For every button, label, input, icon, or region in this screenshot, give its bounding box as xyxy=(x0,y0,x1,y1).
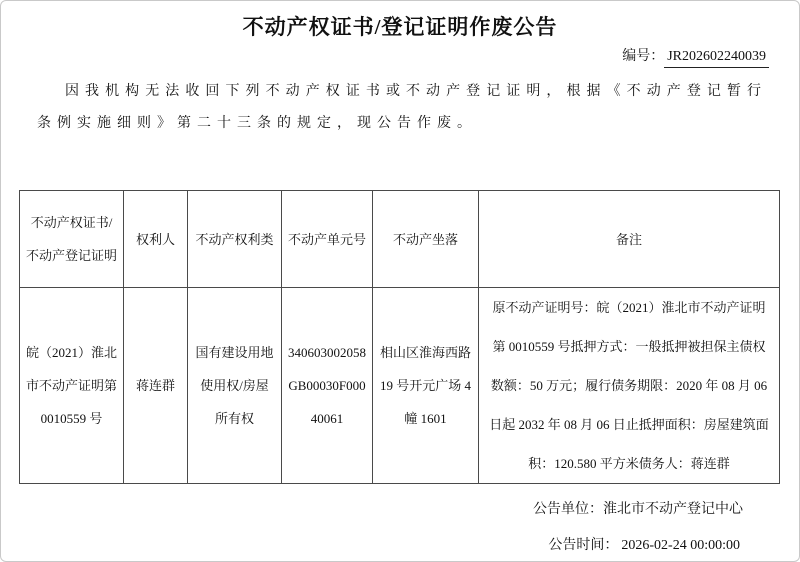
announce-unit-line: 公告单位：淮北市不动产登记中心 xyxy=(1,492,743,528)
header-unit-number: 不动产单元号 xyxy=(282,191,373,288)
cell-remarks: 原不动产证明号：皖（2021）淮北市不动产证明第 0010559 号抵押方式：一… xyxy=(479,288,780,484)
header-holder: 权利人 xyxy=(124,191,188,288)
notice-document: 不动产权证书/登记证明作废公告 编号：JR202602240039 因我机构无法… xyxy=(0,0,800,562)
table-header-row: 不动产权证书/不动产登记证明 权利人 不动产权利类 不动产单元号 不动产坐落 备… xyxy=(20,191,780,288)
cell-location: 相山区淮海西路 19 号开元广场 4 幢 1601 xyxy=(373,288,479,484)
cell-holder: 蒋连群 xyxy=(124,288,188,484)
table-row: 皖（2021）淮北市不动产证明第 0010559 号 蒋连群 国有建设用地使用权… xyxy=(20,288,780,484)
cell-certificate: 皖（2021）淮北市不动产证明第 0010559 号 xyxy=(20,288,124,484)
announce-time-label: 公告时间： xyxy=(548,538,618,553)
announce-time-line: 公告时间：2026-02-24 00:00:00 xyxy=(1,528,743,562)
header-location: 不动产坐落 xyxy=(373,191,479,288)
cell-unit-number: 340603002058GB00030F00040061 xyxy=(282,288,373,484)
doc-number: 编号：JR202602240039 xyxy=(1,47,799,68)
page-title: 不动产权证书/登记证明作废公告 xyxy=(1,13,799,41)
announce-unit-label: 公告单位： xyxy=(533,502,603,517)
cell-right-type: 国有建设用地使用权/房屋所有权 xyxy=(188,288,282,484)
doc-number-value: JR202602240039 xyxy=(664,47,769,68)
header-certificate: 不动产权证书/不动产登记证明 xyxy=(20,191,124,288)
header-remarks: 备注 xyxy=(479,191,780,288)
notice-footer: 公告单位：淮北市不动产登记中心 公告时间：2026-02-24 00:00:00 xyxy=(1,492,799,562)
announce-unit-value: 淮北市不动产登记中心 xyxy=(603,502,743,517)
notice-table: 不动产权证书/不动产登记证明 权利人 不动产权利类 不动产单元号 不动产坐落 备… xyxy=(19,190,780,484)
doc-number-label: 编号： xyxy=(622,49,664,64)
header-right-type: 不动产权利类 xyxy=(188,191,282,288)
notice-body-paragraph: 因我机构无法收回下列不动产权证书或不动产登记证明，根据《不动产登记暂行条例实施细… xyxy=(37,76,767,140)
announce-time-value: 2026-02-24 00:00:00 xyxy=(618,528,743,562)
